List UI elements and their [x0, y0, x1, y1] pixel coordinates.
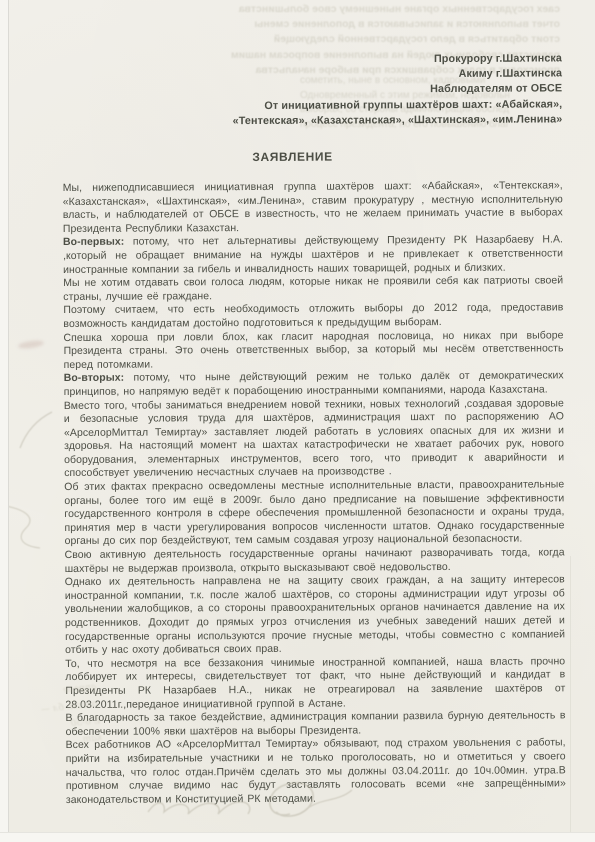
ink-smudge: [18, 339, 45, 350]
paragraph-text: Вместо того, чтобы заниматься внедрением…: [64, 397, 564, 480]
paragraph-text: В благодарность за такое бездействие, ад…: [65, 710, 565, 738]
paragraph-text: потому, что нет альтернативы действующем…: [63, 234, 563, 276]
letter-body: Мы, нижеподписавшиеся инициативная групп…: [63, 179, 566, 807]
pencil-mark-left-upper: [6, 408, 66, 458]
paragraph-lead: Во-первых:: [63, 236, 124, 248]
paragraph: Мы, нижеподписавшиеся инициативная групп…: [63, 179, 563, 236]
bleed-line: стоит обратиться в дело государственной …: [90, 32, 560, 47]
paper-background: саех государственных органе нынешнему св…: [0, 0, 595, 842]
page-fold-line: [570, 556, 571, 842]
paragraph-lead: Во-вторых:: [64, 372, 125, 384]
paragraph-text: Спешка хороша при ловли блох, как гласит…: [63, 329, 563, 371]
paragraph-text: потому, что ныне действующий режим не то…: [64, 370, 564, 398]
scanned-document-page: { "document": { "recipients": [ "Прокуро…: [0, 0, 595, 842]
bleed-line: отчет выполняются и записываются в допол…: [90, 17, 560, 32]
paragraph: Спешка хороша при ловли блох, как гласит…: [63, 329, 563, 372]
paragraph-text: Мы не хотим отдавать свои голоса людям, …: [63, 275, 563, 303]
paragraph: Мы не хотим отдавать свои голоса людям, …: [63, 275, 563, 305]
bleed-line: саех государственных органе нынешнему св…: [90, 2, 560, 17]
paragraph-text: Свою активную деятельность государственн…: [65, 546, 565, 574]
scan-edge-bottom: [0, 832, 595, 842]
paragraph: В благодарность за такое бездействие, ад…: [65, 710, 565, 740]
recipient-block: Прокурору г.Шахтинска Акиму г.Шахтинска …: [62, 51, 562, 130]
paragraph-text: То, что несмотря на все беззакония чиним…: [65, 655, 565, 710]
paragraph: То, что несмотря на все беззакония чиним…: [65, 655, 565, 712]
paragraph: Во-первых: потому, что нет альтернативы …: [63, 234, 563, 277]
recipient-line: «Тентекская», «Казахстанская», «Шахтинск…: [62, 112, 562, 130]
paragraph: Всех работников АО «АрселорМиттал Темирт…: [66, 737, 566, 808]
document-title: ЗАЯВЛЕНИЕ: [63, 149, 523, 165]
scan-edge-left: [0, 0, 9, 842]
paragraph: Свою активную деятельность государственн…: [65, 546, 565, 576]
paragraph: Об этих фактах прекрасно осведомлены мес…: [64, 478, 564, 549]
paragraph-text: Однако их деятельность направлена не на …: [65, 574, 565, 657]
paragraph-text: Всех работников АО «АрселорМиттал Темирт…: [66, 737, 566, 806]
paragraph: Во-вторых: потому, что ныне действующий …: [64, 370, 564, 400]
letter-content: Прокурору г.Шахтинска Акиму г.Шахтинска …: [62, 51, 566, 807]
paragraph: Вместо того, чтобы заниматься внедрением…: [64, 397, 564, 481]
paragraph-text: Мы, нижеподписавшиеся инициативная групп…: [63, 179, 563, 234]
paragraph-text: Поэтому считаем, что есть необходимость …: [63, 302, 563, 330]
paragraph-text: Об этих фактах прекрасно осведомлены мес…: [64, 478, 564, 547]
paragraph: Однако их деятельность направлена не на …: [65, 574, 565, 658]
paragraph: Поэтому считаем, что есть необходимость …: [63, 302, 563, 332]
